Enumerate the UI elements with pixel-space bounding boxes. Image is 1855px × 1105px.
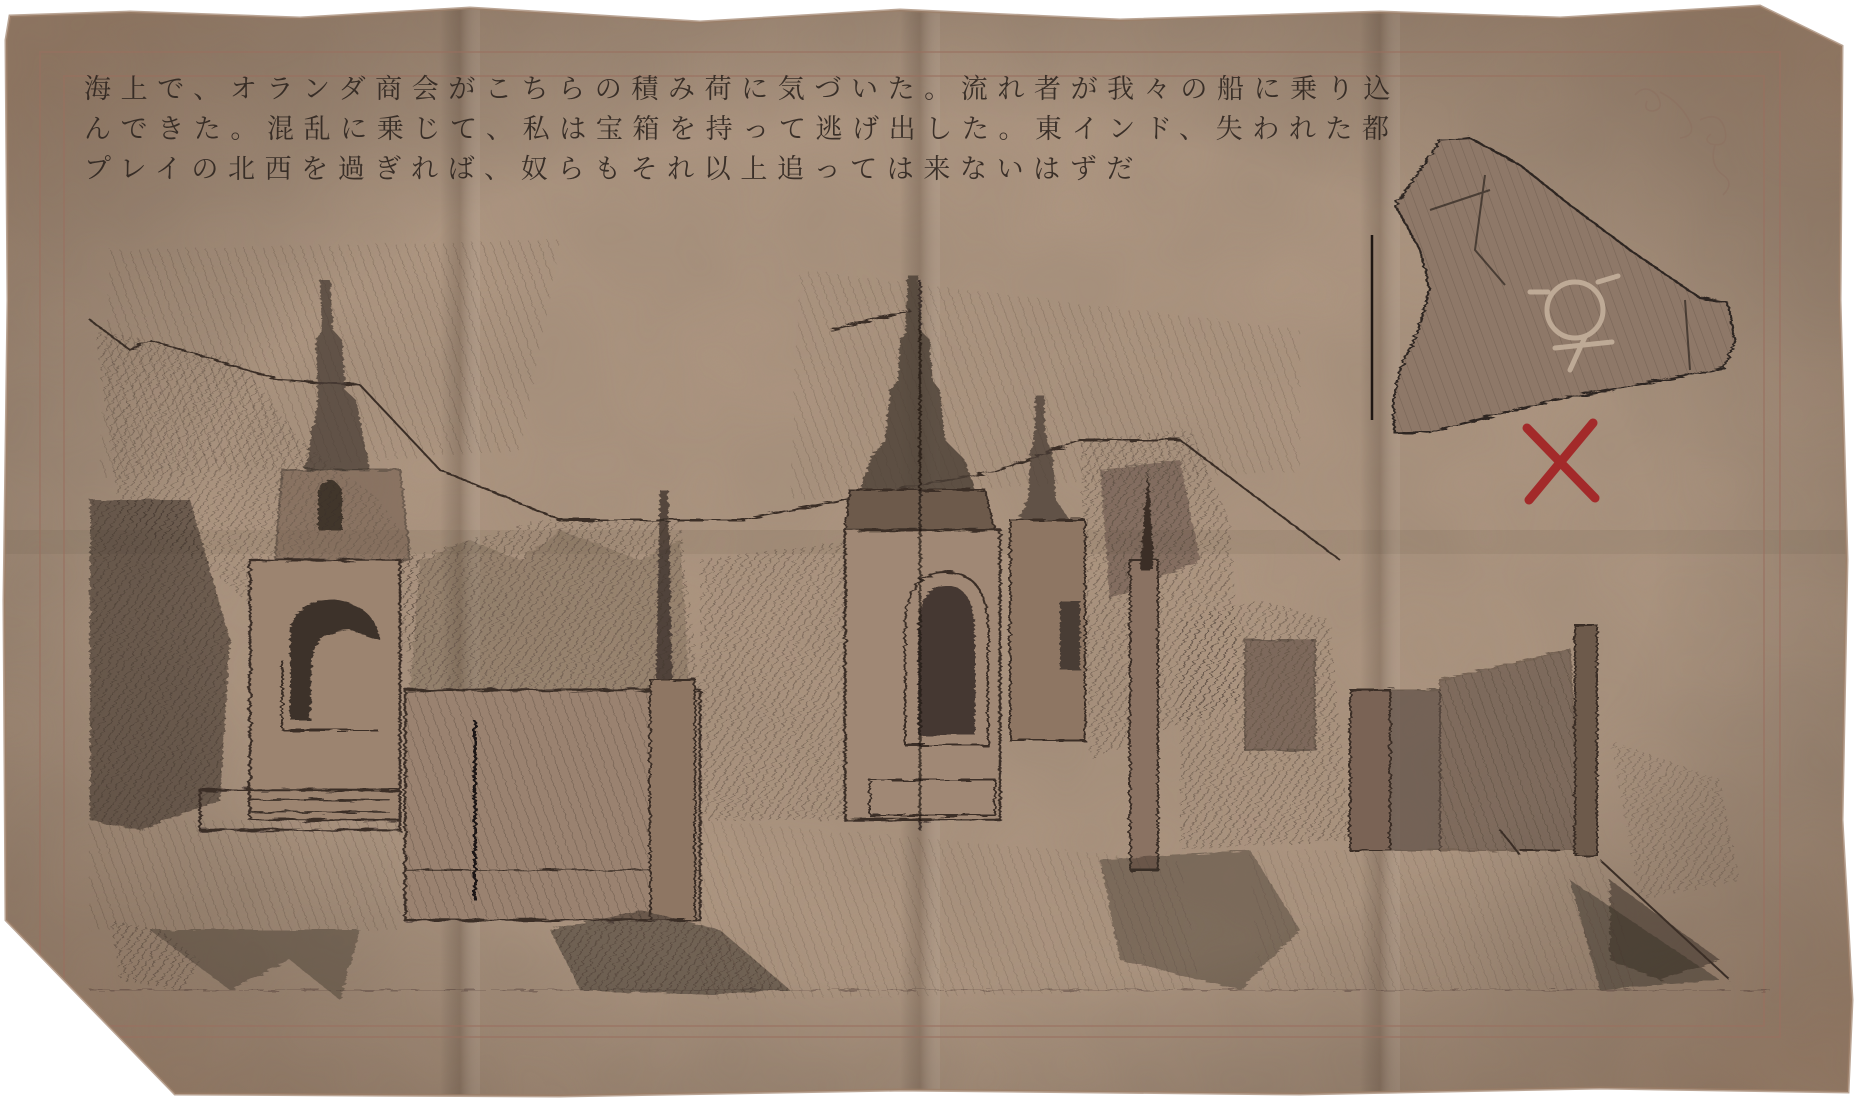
handwritten-note: 海上で、オランダ商会がこちらの積み荷に気づいた。流れ者が我々の船に乗り込 んでき… bbox=[84, 70, 1384, 190]
note-line: 海上で、オランダ商会がこちらの積み荷に気づいた。流れ者が我々の船に乗り込 bbox=[84, 70, 1384, 110]
note-line: んできた。混乱に乗じて、私は宝箱を持って逃げ出した。東インド、失われた都 bbox=[84, 110, 1384, 150]
treasure-map-note: 海上で、オランダ商会がこちらの積み荷に気づいた。流れ者が我々の船に乗り込 んでき… bbox=[0, 0, 1855, 1105]
note-line: プレイの北西を過ぎれば、奴らもそれ以上追っては来ないはずだ bbox=[84, 150, 1384, 190]
